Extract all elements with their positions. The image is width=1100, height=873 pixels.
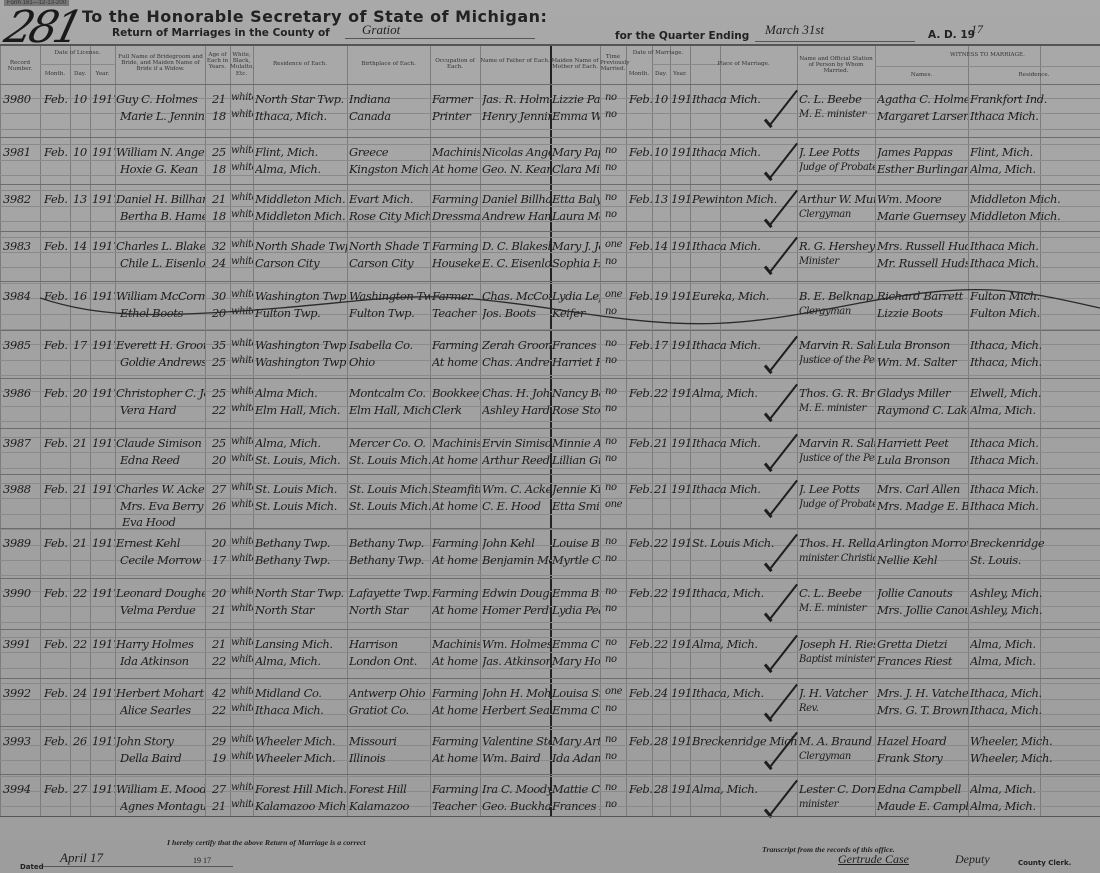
groom-birthplace: Harrison (349, 637, 430, 651)
marriage-year: 1917 (671, 239, 690, 253)
bride-times-married: no (605, 209, 626, 220)
groom-mother: Frances Gates (552, 338, 600, 352)
marriage-year: 1917 (671, 338, 690, 352)
witness-1-residence: Ithaca Mich. (970, 436, 1098, 450)
officiant-name: Lester C. Dorr (799, 782, 875, 796)
officiant-title: Rev. (799, 703, 875, 714)
marriage-day: 10 (654, 145, 670, 159)
row-rule (0, 378, 1100, 379)
column-rule (480, 46, 481, 816)
witness-1-name: Agatha C. Holmes (877, 92, 968, 106)
row-rule (0, 678, 1100, 679)
groom-occupation: Machinist (432, 637, 480, 651)
marriage-month: Feb. (629, 482, 652, 496)
bride-name: Cecile Morrow (120, 553, 205, 567)
bride-birthplace: St. Louis Mich. (349, 499, 430, 513)
checkmark-icon (765, 110, 803, 132)
marriage-day: 22 (654, 386, 670, 400)
officiant-title: Judge of Probate (799, 499, 875, 510)
groom-mother: Mary Arty (552, 734, 600, 748)
marriage-place: Ithaca Mich. (692, 92, 797, 106)
groom-times-married: no (605, 586, 626, 597)
bride-color: white (231, 162, 253, 173)
groom-color: white (231, 734, 253, 745)
witness-1-residence: Flint, Mich. (970, 145, 1098, 159)
quarter-underline (755, 41, 915, 42)
groom-age: 25 (212, 145, 230, 159)
groom-father: Zerah Groom (482, 338, 550, 352)
bride-name: Vera Hard (120, 403, 205, 417)
bride-father: Andrew Hamer (482, 209, 550, 223)
marriage-month: Feb. (629, 782, 652, 796)
marriage-year: 1917 (671, 782, 690, 796)
groom-mother: Louisa Siddell (552, 686, 600, 700)
groom-mother: Mattie Campbell (552, 782, 600, 796)
officiant-title: Justice of the Peace (799, 453, 875, 464)
bride-occupation: Clerk (432, 403, 480, 417)
checkmark-icon (765, 454, 803, 476)
bride-residence: Ithaca, Mich. (255, 109, 347, 123)
bride-color: white (231, 109, 253, 120)
bride-age: 21 (212, 799, 230, 813)
marriage-place: Ithaca Mich. (692, 239, 797, 253)
certification-text: I hereby certify that the above Return o… (167, 838, 366, 847)
marriage-place: Ithaca, Mich. (692, 586, 797, 600)
officiant-name: C. L. Beebe (799, 92, 875, 106)
marriage-place: Ithaca, Mich. (692, 686, 797, 700)
header-occupation: Occupation of Each. (430, 58, 480, 70)
groom-birthplace: Evart Mich. (349, 192, 430, 206)
header-mother: Maiden Name of Mother of Each. (550, 58, 600, 70)
bride-color: white (231, 499, 253, 510)
groom-times-married: no (605, 536, 626, 547)
bride-mother: Mary Howe (552, 654, 600, 668)
license-day: 10 (73, 145, 90, 159)
bride-mother: Ida Adams (552, 751, 600, 765)
county-underline (345, 38, 535, 39)
license-year: 1917 (92, 734, 115, 748)
officiant-title: M. E. minister (799, 109, 875, 120)
bride-father: Ashley Hard (482, 403, 550, 417)
bride-mother: Lydia Pearsmaker (552, 603, 600, 617)
bride-occupation: At home (432, 654, 480, 668)
witness-1-name: Arlington Morrow (877, 536, 968, 550)
license-month: Feb. (44, 686, 70, 700)
bride-name: Ida Atkinson (120, 654, 205, 668)
groom-residence: Lansing Mich. (255, 637, 347, 651)
header-age: Age of Each in Years. (205, 52, 230, 71)
marriage-month: Feb. (629, 145, 652, 159)
groom-occupation: Farming (432, 536, 480, 550)
groom-times-married: no (605, 338, 626, 349)
witness-2-residence: Ithaca Mich. (970, 109, 1098, 123)
groom-mother: Minnie Arnett (552, 436, 600, 450)
header-date-of-license: Date of License. (40, 50, 115, 56)
groom-times-married: no (605, 482, 626, 493)
groom-occupation: Farming (432, 782, 480, 796)
officiant-title: M. E. minister (799, 603, 875, 614)
records-table: Record Number.Date of License.Month.Day.… (0, 46, 1100, 816)
column-rule (797, 46, 798, 816)
license-month: Feb. (44, 145, 70, 159)
marriage-month: Feb. (629, 536, 652, 550)
bride-times-married: no (605, 703, 626, 714)
witness-1-residence: Ashley, Mich. (970, 586, 1098, 600)
row-rule (0, 428, 1100, 429)
groom-times-married: no (605, 386, 626, 397)
bride-birthplace: Carson City (349, 256, 430, 270)
record-number: 3993 (3, 734, 39, 748)
witness-2-name: Mrs. Jollie Canouts (877, 603, 968, 617)
bride-occupation: Printer (432, 109, 480, 123)
groom-father: John Kehl (482, 536, 550, 550)
row-rule (0, 421, 1100, 422)
row-rule (0, 729, 1100, 730)
row-rule (0, 137, 1100, 138)
witness-2-name: Lula Bronson (877, 453, 968, 467)
bride-times-married: no (605, 751, 626, 762)
record-number: 3981 (3, 145, 39, 159)
groom-mother: Emma Brown (552, 586, 600, 600)
header-place: Place of Marriage. (690, 61, 797, 67)
bride-name: Goldie Andrews (120, 355, 205, 369)
witness-2-name: Esther Burlingame (877, 162, 968, 176)
bride-times-married: no (605, 553, 626, 564)
bride-color: white (231, 403, 253, 414)
groom-father: Edwin Dougherty (482, 586, 550, 600)
witness-2-residence: Ithaca, Mich. (970, 703, 1098, 717)
officiant-title: minister (799, 799, 875, 810)
record-number: 3984 (3, 289, 39, 303)
bride-father: C. E. Hood (482, 499, 550, 513)
groom-birthplace: Forest Hill (349, 782, 430, 796)
officiant-title: minister Christian Church (799, 553, 875, 564)
header-witness-residence: Residence. (968, 72, 1100, 78)
witness-1-name: Lula Bronson (877, 338, 968, 352)
groom-name: William E. Moody (116, 782, 205, 796)
bride-mother: Clara Mitchell (552, 162, 600, 176)
marriage-place: Alma, Mich. (692, 782, 797, 796)
record-number: 3989 (3, 536, 39, 550)
witness-1-residence: Ithaca Mich. (970, 482, 1098, 496)
checkmark-icon (765, 500, 803, 522)
dated-value: April 17 (60, 850, 103, 866)
license-year: 1917 (92, 686, 115, 700)
marriage-place: Ithaca Mich. (692, 145, 797, 159)
groom-age: 32 (212, 239, 230, 253)
license-year: 1917 (92, 92, 115, 106)
bride-name: Edna Reed (120, 453, 205, 467)
groom-occupation: Farming (432, 338, 480, 352)
groom-mother: Lizzie Parvis (552, 92, 600, 106)
groom-residence: North Star Twp. (255, 92, 347, 106)
bride-occupation: At home (432, 453, 480, 467)
license-month: Feb. (44, 192, 70, 206)
bride-birthplace: Kalamazoo (349, 799, 430, 813)
marriage-return-page: Form 161—12-13-200 281 To the Honorable … (0, 0, 1100, 873)
witness-1-name: Wm. Moore (877, 192, 968, 206)
header-mar-month: Month. (626, 71, 652, 77)
groom-mother: Jennie Kiter (552, 482, 600, 496)
bride-color: white (231, 256, 253, 267)
bride-father: Homer Perdue (482, 603, 550, 617)
license-month: Feb. (44, 782, 70, 796)
record-number: 3985 (3, 338, 39, 352)
witness-2-name: Frank Story (877, 751, 968, 765)
groom-birthplace: Lafayette Twp. (349, 586, 430, 600)
bride-name: Alice Searles (120, 703, 205, 717)
bride-residence: Kalamazoo Mich. (255, 799, 347, 813)
groom-name: Ernest Kehl (116, 536, 205, 550)
groom-residence: Washington Twp. (255, 338, 347, 352)
county-value: Gratiot (362, 22, 400, 38)
bride-color: white (231, 453, 253, 464)
county-clerk-label: County Clerk. (1018, 859, 1071, 867)
groom-occupation: Farming (432, 239, 480, 253)
witness-2-name: Mrs. Madge E. Barnes (877, 499, 968, 513)
groom-residence: Flint, Mich. (255, 145, 347, 159)
license-year: 1917 (92, 239, 115, 253)
bride-times-married: no (605, 355, 626, 366)
bride-residence: Elm Hall, Mich. (255, 403, 347, 417)
witness-2-name: Margaret Larsen (877, 109, 968, 123)
checkmark-icon (765, 752, 803, 774)
license-day: 14 (73, 239, 90, 253)
witness-2-name: Frances Riest (877, 654, 968, 668)
groom-mother: Nancy Bollinger (552, 386, 600, 400)
groom-father: Valentine Story (482, 734, 550, 748)
groom-name: Leonard Dougherty (116, 586, 205, 600)
checkmark-icon (765, 163, 803, 185)
record-number: 3982 (3, 192, 39, 206)
license-month: Feb. (44, 386, 70, 400)
footer-rule (0, 816, 1100, 817)
bride-birthplace: Canada (349, 109, 430, 123)
bride-age: 25 (212, 355, 230, 369)
bride-residence: Middleton Mich. (255, 209, 347, 223)
groom-father: Wm. C. Acker (482, 482, 550, 496)
row-rule (0, 528, 1100, 529)
groom-times-married: one (605, 686, 626, 697)
groom-color: white (231, 536, 253, 547)
row-rule (0, 726, 1100, 727)
bride-birthplace: North Star (349, 603, 430, 617)
row-rule (0, 575, 1100, 576)
bride-age: 19 (212, 751, 230, 765)
marriage-place: Alma, Mich. (692, 386, 797, 400)
license-month: Feb. (44, 436, 70, 450)
license-day: 26 (73, 734, 90, 748)
bride-residence: Wheeler Mich. (255, 751, 347, 765)
license-year: 1917 (92, 586, 115, 600)
groom-father: Jas. R. Holmes (482, 92, 550, 106)
header-record-number: Record Number. (2, 60, 38, 72)
bride-birthplace: London Ont. (349, 654, 430, 668)
officiant-title: Minister (799, 256, 875, 267)
row-rule (0, 281, 1100, 282)
bride-times-married: no (605, 654, 626, 665)
bride-mother: Frances Kingsley (552, 799, 600, 813)
header-mar-day: Day. (652, 71, 670, 77)
officiant-name: Joseph H. Riest (799, 637, 875, 651)
bride-color: white (231, 209, 253, 220)
row-rule (0, 668, 1100, 669)
license-year: 1917 (92, 482, 115, 496)
marriage-year: 1917 (671, 536, 690, 550)
bride-occupation: Housekeeping (432, 256, 480, 270)
license-day: 21 (73, 482, 90, 496)
bride-father: E. C. Eisenlord (482, 256, 550, 270)
groom-times-married: no (605, 92, 626, 103)
bride-father: Arthur Reed (482, 453, 550, 467)
bride-residence: Alma, Mich. (255, 654, 347, 668)
header-witness-names: Names. (875, 72, 968, 78)
witness-2-residence: Ithaca Mich. (970, 499, 1098, 513)
marriage-day: 21 (654, 436, 670, 450)
witness-1-name: James Pappas (877, 145, 968, 159)
witness-2-residence: Ithaca Mich. (970, 453, 1098, 467)
bride-maiden-name: Eva Hood (122, 515, 205, 529)
column-rule (430, 46, 431, 816)
license-month: Feb. (44, 239, 70, 253)
witness-1-residence: Ithaca Mich. (970, 239, 1098, 253)
groom-age: 27 (212, 782, 230, 796)
license-day: 20 (73, 386, 90, 400)
header-lic-month: Month. (40, 71, 70, 77)
bride-color: white (231, 654, 253, 665)
bride-color: white (231, 355, 253, 366)
strike-through-line (40, 288, 1100, 328)
groom-name: Herbert Mohart (116, 686, 205, 700)
witness-2-name: Nellie Kehl (877, 553, 968, 567)
groom-color: white (231, 586, 253, 597)
bride-times-married: no (605, 403, 626, 414)
bride-birthplace: Bethany Twp. (349, 553, 430, 567)
groom-color: white (231, 436, 253, 447)
officiant-name: J. Lee Potts (799, 482, 875, 496)
row-rule (0, 375, 1100, 376)
groom-name: Everett H. Groom (116, 338, 205, 352)
marriage-month: Feb. (629, 686, 652, 700)
marriage-year: 1917 (671, 482, 690, 496)
groom-birthplace: Greece (349, 145, 430, 159)
marriage-year: 1917 (671, 145, 690, 159)
officiant-title: M. E. minister (799, 403, 875, 414)
checkmark-icon (765, 404, 803, 426)
clerk-role: Deputy (955, 852, 990, 867)
bride-mother: Rose Stowell (552, 403, 600, 417)
groom-birthplace: Montcalm Co. (349, 386, 430, 400)
bride-mother: Etta Smith (552, 499, 600, 513)
marriage-month: Feb. (629, 386, 652, 400)
bride-age: 24 (212, 256, 230, 270)
checkmark-icon (765, 356, 803, 378)
groom-age: 21 (212, 637, 230, 651)
record-number: 3980 (3, 92, 39, 106)
bride-birthplace: Illinois (349, 751, 430, 765)
groom-name: Harry Holmes (116, 637, 205, 651)
license-month: Feb. (44, 637, 70, 651)
groom-times-married: no (605, 436, 626, 447)
witness-2-residence: Ithaca, Mich. (970, 355, 1098, 369)
groom-color: white (231, 192, 253, 203)
groom-age: 42 (212, 686, 230, 700)
license-year: 1917 (92, 536, 115, 550)
bride-occupation: Dressmaker (432, 209, 480, 223)
witness-1-name: Edna Campbell (877, 782, 968, 796)
checkmark-icon (765, 554, 803, 576)
groom-mother: Mary Pappas (552, 145, 600, 159)
groom-color: white (231, 145, 253, 156)
row-rule (0, 184, 1100, 185)
witness-2-residence: St. Louis. (970, 553, 1098, 567)
officiant-name: C. L. Beebe (799, 586, 875, 600)
record-number: 3990 (3, 586, 39, 600)
marriage-month: Feb. (629, 192, 652, 206)
bride-occupation: At home (432, 162, 480, 176)
groom-color: white (231, 92, 253, 103)
bride-occupation: At home (432, 499, 480, 513)
witness-1-residence: Frankfort Ind. (970, 92, 1098, 106)
record-number: 3988 (3, 482, 39, 496)
bride-mother: Myrtle Crittenden (552, 553, 600, 567)
marriage-year: 1917 (671, 386, 690, 400)
groom-name: John Story (116, 734, 205, 748)
groom-age: 21 (212, 192, 230, 206)
record-number: 3992 (3, 686, 39, 700)
groom-times-married: no (605, 637, 626, 648)
groom-color: white (231, 686, 253, 697)
groom-residence: Middleton Mich. (255, 192, 347, 206)
groom-occupation: Machinist (432, 145, 480, 159)
column-rule (720, 46, 721, 816)
groom-residence: Alma Mich. (255, 386, 347, 400)
checkmark-icon (765, 800, 803, 822)
bride-father: Herbert Searles (482, 703, 550, 717)
marriage-year: 1917 (671, 686, 690, 700)
groom-name: Guy C. Holmes (116, 92, 205, 106)
bride-name: Marie L. Jennings (120, 109, 205, 123)
row-rule (0, 774, 1100, 775)
witness-1-residence: Ithaca, Mich. (970, 338, 1098, 352)
license-year: 1917 (92, 637, 115, 651)
column-rule (115, 46, 116, 816)
header-times-married: Time Previously Married. (600, 54, 626, 73)
marriage-day: 24 (654, 686, 670, 700)
license-day: 10 (73, 92, 90, 106)
witness-2-residence: Alma, Mich. (970, 799, 1098, 813)
ad-year: 17 (971, 22, 983, 37)
bride-father: Benjamin Morrow (482, 553, 550, 567)
marriage-month: Feb. (629, 734, 652, 748)
dated-underline (43, 866, 233, 867)
marriage-place: Ithaca Mich. (692, 338, 797, 352)
bride-father: Chas. Andrews (482, 355, 550, 369)
witness-1-residence: Alma, Mich. (970, 782, 1098, 796)
officiant-name: Arthur W. Mumford (799, 192, 875, 206)
groom-occupation: Steamfitting (432, 482, 480, 496)
groom-age: 20 (212, 586, 230, 600)
witness-1-residence: Alma, Mich. (970, 637, 1098, 651)
officiant-name: Thos. H. Rella (799, 536, 875, 550)
bride-residence: Ithaca Mich. (255, 703, 347, 717)
header-father: Name of Father of Each. (480, 58, 550, 64)
row-rule (875, 66, 1100, 67)
bride-residence: Alma, Mich. (255, 162, 347, 176)
row-rule (0, 578, 1100, 579)
groom-occupation: Machinist (432, 436, 480, 450)
header-lic-year: Year. (90, 71, 115, 77)
